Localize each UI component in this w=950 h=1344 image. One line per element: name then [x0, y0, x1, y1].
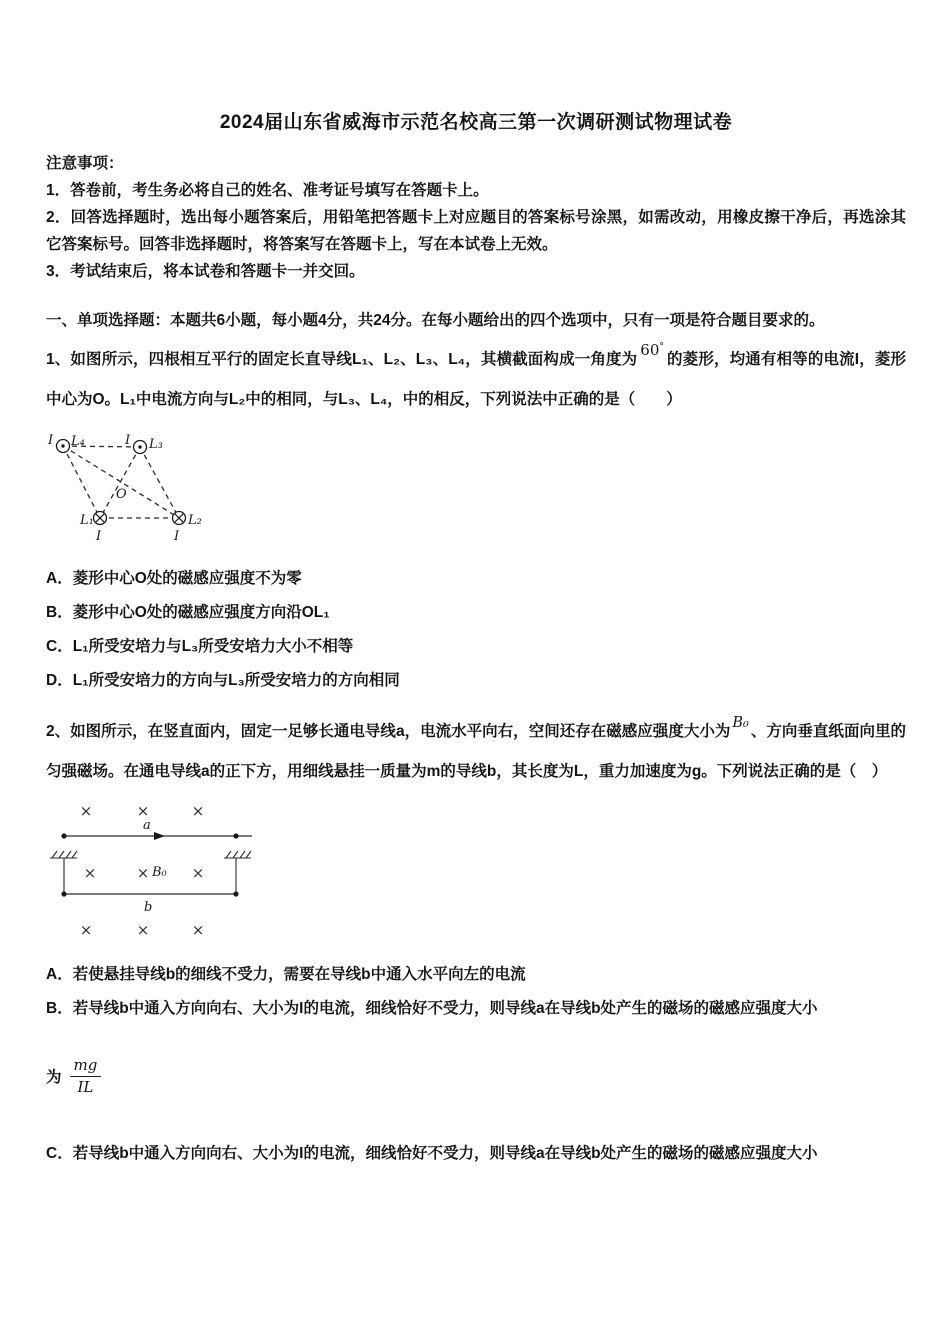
- q1-option-d: D．L₁所受安培力的方向与L₃所受安培力的方向相同: [46, 664, 906, 698]
- field-cross-icon: ×: [137, 921, 150, 939]
- q2-option-b-fraction: 为 mg IL: [46, 1056, 906, 1097]
- field-cross-icon: ×: [84, 864, 97, 882]
- wire-a-right-end-dot: [233, 833, 238, 838]
- q1-stem-part1: 1、如图所示，四根相互平行的固定长直导线L₁、L₂、L₃、L₄，其横截面构成一角…: [46, 351, 637, 368]
- field-crosses-top-row: × × ×: [80, 802, 205, 820]
- notice-item-3: 3．考试结束后，将本试卷和答题卡一并交回。: [46, 258, 906, 285]
- field-cross-icon: ×: [192, 864, 205, 882]
- notice-heading: 注意事项：: [46, 150, 906, 177]
- section-heading: 一、单项选择题：本题共6小题，每小题4分，共24分。在每小题给出的四个选项中，只…: [46, 307, 906, 334]
- wire-L4-dot: [61, 444, 64, 447]
- current-label-bottom-left: I: [95, 529, 102, 544]
- question-1-options: A．菱形中心O处的磁感应强度不为零 B．菱形中心O处的磁感应强度方向沿OL₁ C…: [46, 562, 906, 698]
- wire-label-L3: L₃: [148, 437, 163, 452]
- question-2-options: A．若使悬挂导线b的细线不受力，需要在导线b中通入水平向左的电流 B．若导线b中…: [46, 958, 906, 1026]
- left-support-hatch: [50, 851, 77, 858]
- wire-label-L2: L₂: [187, 513, 202, 528]
- wire-a-label: a: [143, 818, 151, 833]
- current-label-top-left: I: [47, 434, 54, 448]
- q2-option-b: B．若导线b中通入方向向右、大小为I的电流，细线恰好不受力，则导线a在导线b处产…: [46, 992, 906, 1026]
- q1-option-a: A．菱形中心O处的磁感应强度不为零: [46, 562, 906, 596]
- q1-option-c: C．L₁所受安培力与L₃所受安培力大小不相等: [46, 630, 906, 664]
- question-1-stem: 1、如图所示，四根相互平行的固定长直导线L₁、L₂、L₃、L₄，其横截面构成一角…: [46, 336, 906, 420]
- fraction-denominator: IL: [77, 1077, 93, 1097]
- wire-label-L4: L₄: [70, 434, 85, 449]
- q2-figure-wires-in-field: × × × a: [46, 798, 286, 944]
- field-cross-icon: ×: [192, 921, 205, 939]
- q2-stem-part1: 2、如图所示，在竖直面内，固定一足够长通电导线a，电流水平向右，空间还存在磁感应…: [46, 723, 730, 740]
- wire-b-label: b: [144, 900, 152, 915]
- field-crosses-bottom-row: × × ×: [80, 921, 205, 939]
- notice-item-1: 1．答卷前，考生务必将自己的姓名、准考证号填写在答题卡上。: [46, 177, 906, 204]
- current-label-bottom-right: I: [173, 529, 180, 544]
- fraction-mg-over-IL: mg IL: [70, 1056, 102, 1097]
- wire-b-right-end-dot: [233, 891, 238, 896]
- field-cross-icon: ×: [192, 802, 205, 820]
- wire-a-left-end-dot: [61, 833, 66, 838]
- right-support-hatch: [224, 851, 251, 858]
- q2-field-symbol: B₀: [730, 715, 750, 731]
- wire-a: a: [61, 818, 252, 840]
- q2-option-c: C．若导线b中通入方向向右、大小为I的电流，细线恰好不受力，则导线a在导线b处产…: [46, 1137, 906, 1171]
- field-strength-label-B0: B₀: [151, 865, 168, 880]
- page-content: 2024届山东省威海市示范名校高三第一次调研测试物理试卷 注意事项： 1．答卷前…: [0, 0, 950, 1171]
- degree-symbol: °: [659, 342, 664, 352]
- field-cross-icon: ×: [80, 802, 93, 820]
- q1-option-b: B．菱形中心O处的磁感应强度方向沿OL₁: [46, 596, 906, 630]
- q1-figure-rhombus-wires: I L₄ I L₃ L₁ I L₂ I O: [46, 434, 276, 550]
- wire-label-L1: L₁: [79, 513, 94, 528]
- notice-item-2: 2．回答选择题时，选出每小题答案后，用铅笔把答题卡上对应题目的答案标号涂黑，如需…: [46, 204, 906, 258]
- field-crosses-middle-row: × × B₀ ×: [84, 864, 205, 882]
- exam-paper-page: 2024届山东省威海市示范名校高三第一次调研测试物理试卷 注意事项： 1．答卷前…: [0, 0, 950, 1344]
- fraction-numerator: mg: [70, 1056, 102, 1077]
- center-label-O: O: [116, 487, 127, 502]
- q2-option-a: A．若使悬挂导线b的细线不受力，需要在导线b中通入水平向左的电流: [46, 958, 906, 992]
- wire-L3-dot: [138, 445, 141, 448]
- current-direction-arrow: [154, 832, 165, 840]
- fraction-prefix: 为: [46, 1065, 62, 1087]
- field-cross-icon: ×: [80, 921, 93, 939]
- wire-b-left-end-dot: [61, 891, 66, 896]
- field-cross-icon: ×: [137, 864, 150, 882]
- exam-title: 2024届山东省威海市示范名校高三第一次调研测试物理试卷: [46, 0, 906, 136]
- rhombus-dashed-lines: [63, 446, 179, 518]
- current-label-top-right: I: [124, 434, 131, 448]
- q1-angle-superscript: 60°: [637, 341, 667, 359]
- question-2-stem: 2、如图所示，在竖直面内，固定一足够长通电导线a，电流水平向右，空间还存在磁感应…: [46, 712, 906, 792]
- fig1-labels: I L₄ I L₃ L₁ I L₂ I O: [47, 434, 202, 544]
